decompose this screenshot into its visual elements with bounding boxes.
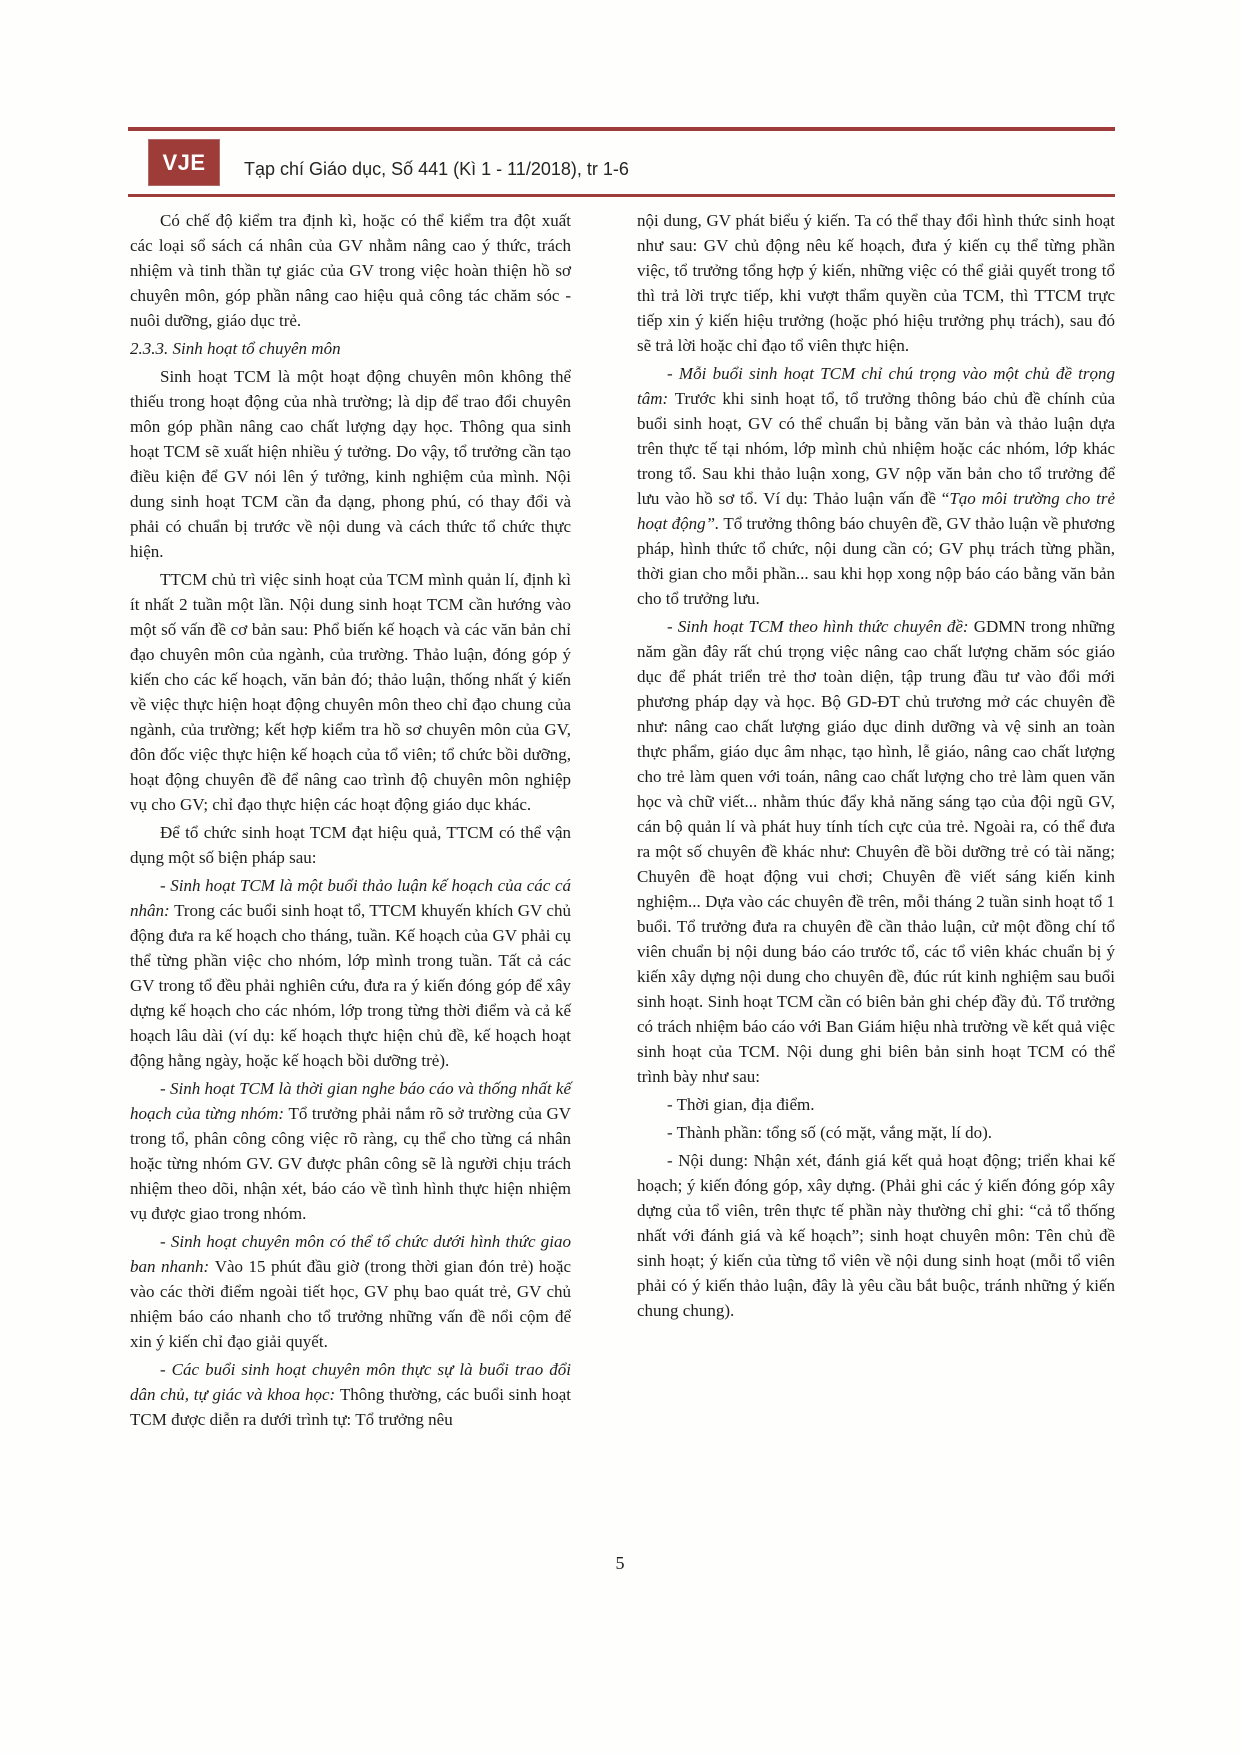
paragraph-tcm-definition: Sinh hoạt TCM là một hoạt động chuyên mô… [130,364,571,564]
italic-text-segment: 2.3.3. Sinh hoạt tổ chuyên môn [130,339,341,358]
paragraph-minutes-time-place: - Thời gian, địa điểm. [637,1092,1115,1117]
paragraph-measure-democratic-exchange: - Các buổi sinh hoạt chuyên môn thực sự … [130,1357,571,1432]
text-segment: Để tổ chức sinh hoạt TCM đạt hiệu quả, T… [130,823,571,867]
journal-page: VJE Tạp chí Giáo dục, Số 441 (Kì 1 - 11/… [0,0,1240,1754]
column-left: Có chế độ kiểm tra định kì, hoặc có thể … [130,208,571,1435]
paragraph-measure-report-time: - Sinh hoạt TCM là thời gian nghe báo cá… [130,1076,571,1226]
journal-citation: Tạp chí Giáo dục, Số 441 (Kì 1 - 11/2018… [244,159,629,180]
header-top-rule [128,127,1115,131]
paragraph-measure-thematic-format: - Sinh hoạt TCM theo hình thức chuyên đề… [637,614,1115,1089]
vje-logo: VJE [148,139,220,186]
paragraph-inspection-regime: Có chế độ kiểm tra định kì, hoặc có thể … [130,208,571,333]
paragraph-ttcm-duties: TTCM chủ trì việc sinh hoạt của TCM mình… [130,567,571,817]
text-segment: - Thành phần: tổng số (có mặt, vắng mặt,… [667,1123,992,1142]
text-segment: - Thời gian, địa điểm. [667,1095,814,1114]
paragraph-measure-quick-briefing: - Sinh hoạt chuyên môn có thể tổ chức dư… [130,1229,571,1354]
column-right: nội dung, GV phát biểu ý kiến. Ta có thể… [637,208,1115,1435]
text-segment: - Nội dung: Nhận xét, đánh giá kết quả h… [637,1151,1115,1320]
text-segment: GDMN trong những năm gần đây rất chú trọ… [637,617,1115,1086]
section-heading-2-3-3: 2.3.3. Sinh hoạt tổ chuyên môn [130,336,571,361]
paragraph-minutes-participants: - Thành phần: tổng số (có mặt, vắng mặt,… [637,1120,1115,1145]
paragraph-minutes-content: - Nội dung: Nhận xét, đánh giá kết quả h… [637,1148,1115,1323]
paragraph-measures-intro: Để tổ chức sinh hoạt TCM đạt hiệu quả, T… [130,820,571,870]
article-body: Có chế độ kiểm tra định kì, hoặc có thể … [130,208,1115,1435]
page-number: 5 [0,1553,1240,1574]
text-segment: Trong các buổi sinh hoạt tổ, TTCM khuyến… [130,901,571,1070]
paragraph-continuation-meeting-format: nội dung, GV phát biểu ý kiến. Ta có thể… [637,208,1115,358]
paragraph-measure-focus-topic: - Mỗi buổi sinh hoạt TCM chỉ chú trọng v… [637,361,1115,611]
text-segment: TTCM chủ trì việc sinh hoạt của TCM mình… [130,570,571,814]
italic-text-segment: - Sinh hoạt TCM theo hình thức chuyên đề… [667,617,974,636]
text-segment: Sinh hoạt TCM là một hoạt động chuyên mô… [130,367,571,561]
vje-logo-text: VJE [162,150,205,176]
text-segment: Có chế độ kiểm tra định kì, hoặc có thể … [130,211,571,330]
header-bottom-rule [128,194,1115,197]
text-segment: nội dung, GV phát biểu ý kiến. Ta có thể… [637,211,1115,355]
paragraph-measure-plan-discussion: - Sinh hoạt TCM là một buổi thảo luận kế… [130,873,571,1073]
